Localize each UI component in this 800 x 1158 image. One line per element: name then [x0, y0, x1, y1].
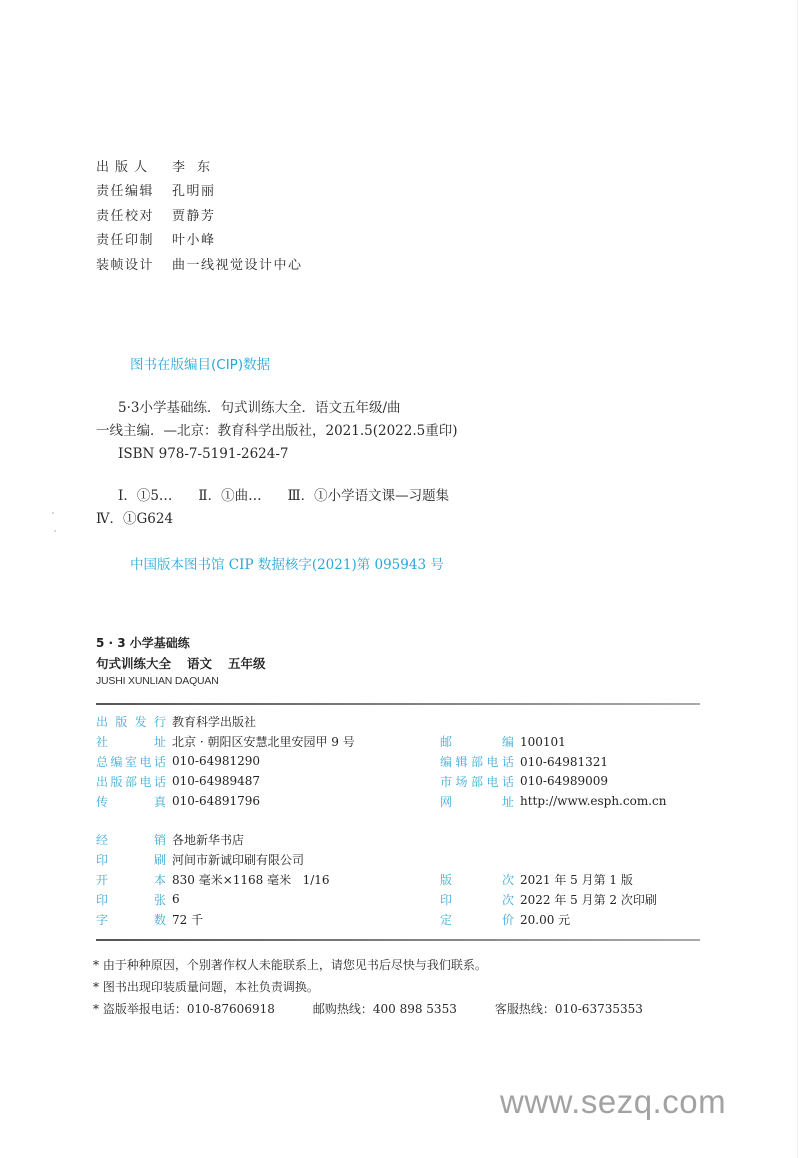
spec-value: 010-64989009 [520, 774, 608, 788]
note-row: * 由于种种原因，个别著作权人未能联系上，请您见书后尽快与我们联系。 [93, 953, 643, 975]
publisher-info-right: 邮编 100101 编辑部电话 010-64981321 市场部电话 010-6… [440, 732, 666, 811]
credit-value: 孔明丽 [172, 180, 216, 199]
spec-row: 总编室电话 010-64981290 [96, 752, 355, 772]
credit-label: 责任校对 [96, 205, 172, 224]
cip-title: 图书在版编目(CIP)数据 [130, 353, 270, 373]
spec-label: 出版部电话 [96, 773, 172, 790]
credit-value: 曲一线视觉设计中心 [172, 254, 303, 273]
spec-label: 市场部电话 [440, 773, 520, 790]
spec-row: 印刷 河间市新诚印刷有限公司 [96, 850, 330, 870]
spec-row: 印次 2022 年 5 月第 2 次印刷 [440, 890, 657, 910]
spec-label: 印刷 [96, 851, 172, 868]
spec-value: 2021 年 5 月第 1 版 [520, 871, 633, 888]
divider-top [96, 703, 700, 705]
credit-value: 贾静芳 [172, 205, 216, 224]
website-link[interactable]: http://www.esph.com.cn [520, 794, 666, 808]
cip-class-1: Ⅰ．①5… [96, 488, 172, 504]
credit-label: 责任印制 [96, 229, 172, 248]
credit-row-editor: 责任编辑 孔明丽 [96, 178, 303, 203]
spec-value: 830 毫米×1168 毫米 1/16 [172, 871, 330, 888]
spec-value: 6 [172, 892, 180, 906]
spec-value: 010-64891796 [172, 794, 260, 808]
book-title-main: 句式训练大全 [96, 656, 171, 671]
price-value: 20.00 元 [520, 911, 570, 928]
spec-row: 传真 010-64891796 [96, 791, 355, 811]
spec-row: 经销 各地新华书店 [96, 830, 330, 850]
spec-row: 印张 6 [96, 889, 330, 909]
spec-value: 教育科学出版社 [172, 713, 256, 730]
spec-value: 72 千 [172, 911, 203, 928]
print-info-right: 版次 2021 年 5 月第 1 版 印次 2022 年 5 月第 2 次印刷 … [440, 870, 657, 929]
cip-isbn: ISBN 978-7-5191-2624-7 [96, 443, 496, 466]
credit-value: 李东 [172, 156, 222, 175]
spec-row: 出版部电话 010-64989487 [96, 771, 355, 791]
print-info-left: 经销 各地新华书店 印刷 河间市新诚印刷有限公司 开本 830 毫米×1168 … [96, 830, 330, 929]
spec-row: 社址 北京 · 朝阳区安慧北里安园甲 9 号 [96, 732, 355, 752]
cip-classification: Ⅰ．①5…Ⅱ．①曲…Ⅲ．①小学语文课—习题集 Ⅳ．①G624 [96, 485, 449, 531]
spec-row: 开本 830 毫米×1168 毫米 1/16 [96, 870, 330, 890]
spec-row: 出版发行 教育科学出版社 [96, 712, 355, 732]
spec-row: 版次 2021 年 5 月第 1 版 [440, 870, 657, 890]
spec-label: 网址 [440, 793, 520, 810]
spec-value: 010-64981321 [520, 755, 608, 769]
publisher-info-left: 出版发行 教育科学出版社 社址 北京 · 朝阳区安慧北里安园甲 9 号 总编室电… [96, 712, 355, 811]
credit-label: 装帧设计 [96, 254, 172, 273]
spec-value: 2022 年 5 月第 2 次印刷 [520, 891, 657, 908]
spec-row: 定价 20.00 元 [440, 910, 657, 930]
book-title: 句式训练大全语文五年级 [96, 654, 266, 675]
credit-value: 叶小峰 [172, 229, 216, 248]
page-edge [797, 0, 798, 1158]
credit-row-publisher: 出版人 李东 [96, 153, 303, 178]
credit-row-printing: 责任印制 叶小峰 [96, 227, 303, 252]
note-row: * 图书出现印装质量问题，本社负责调换。 [93, 975, 643, 997]
spec-label: 经销 [96, 831, 172, 848]
watermark: www.sezq.com [500, 1083, 726, 1121]
cip-class-2: Ⅱ．①曲… [198, 488, 261, 504]
book-info: 5 · 3 小学基础练 句式训练大全语文五年级 JUSHI XUNLIAN DA… [96, 634, 266, 693]
note-row: * 盗版举报电话：010-87606918 邮购热线：400 898 5353 … [93, 997, 643, 1019]
note-quality: * 图书出现印装质量问题，本社负责调换。 [93, 978, 319, 995]
spec-row: 网址 http://www.esph.com.cn [440, 791, 666, 811]
spec-row: 市场部电话 010-64989009 [440, 772, 666, 792]
scan-speck [54, 530, 56, 532]
cip-record-number: 中国版本图书馆 CIP 数据核字(2021)第 095943 号 [130, 553, 444, 573]
cip-class-3: Ⅲ．①小学语文课—习题集 [288, 488, 450, 504]
spec-row: 字数 72 千 [96, 909, 330, 929]
spec-label: 邮编 [440, 733, 520, 750]
cip-class-4: Ⅳ．①G624 [96, 511, 173, 527]
spec-label: 版次 [440, 871, 520, 888]
spec-value: 100101 [520, 735, 566, 749]
footnotes: * 由于种种原因，个别著作权人未能联系上，请您见书后尽快与我们联系。 * 图书出… [93, 953, 643, 1019]
spec-label: 总编室电话 [96, 753, 172, 770]
spec-label: 编辑部电话 [440, 753, 520, 770]
spec-label: 印次 [440, 891, 520, 908]
spec-label: 定价 [440, 911, 520, 928]
spec-label: 开本 [96, 871, 172, 888]
cip-line: 5·3小学基础练．句式训练大全．语文五年级/曲 [96, 397, 496, 420]
divider-bottom [96, 939, 700, 941]
note-copyright: * 由于种种原因，个别著作权人未能联系上，请您见书后尽快与我们联系。 [93, 956, 487, 973]
spec-value: 北京 · 朝阳区安慧北里安园甲 9 号 [172, 733, 355, 750]
spec-label: 出版发行 [96, 713, 172, 730]
spec-value: 各地新华书店 [172, 831, 244, 848]
book-title-subject: 语文 [187, 656, 212, 671]
spec-row: 邮编 100101 [440, 732, 666, 752]
scan-speck [52, 512, 54, 514]
credit-label: 出版人 [96, 156, 172, 175]
note-mail-order-hotline: 邮购热线：400 898 5353 [313, 1000, 457, 1017]
credit-label: 责任编辑 [96, 180, 172, 199]
credits-block: 出版人 李东 责任编辑 孔明丽 责任校对 贾静芳 责任印制 叶小峰 装帧设计 曲… [96, 153, 303, 276]
book-series: 5 · 3 小学基础练 [96, 634, 266, 654]
spec-label: 印张 [96, 891, 172, 908]
spec-value: 010-64981290 [172, 754, 260, 768]
spec-value: 010-64989487 [172, 774, 260, 788]
spec-label: 传真 [96, 793, 172, 810]
spec-row: 编辑部电话 010-64981321 [440, 752, 666, 772]
credit-row-proofreader: 责任校对 贾静芳 [96, 202, 303, 227]
book-pinyin: JUSHI XUNLIAN DAQUAN [96, 675, 266, 693]
note-service-hotline: 客服热线：010-63735353 [495, 1000, 643, 1017]
book-title-grade: 五年级 [228, 656, 266, 671]
spec-label: 社址 [96, 733, 172, 750]
credit-row-design: 装帧设计 曲一线视觉设计中心 [96, 251, 303, 276]
spec-value: 河间市新诚印刷有限公司 [172, 851, 304, 868]
spec-label: 字数 [96, 911, 172, 928]
cip-line: 一线主编．—北京：教育科学出版社，2021.5(2022.5重印) [96, 420, 496, 443]
cip-body: 5·3小学基础练．句式训练大全．语文五年级/曲 一线主编．—北京：教育科学出版社… [96, 397, 496, 466]
note-piracy-hotline: * 盗版举报电话：010-87606918 [93, 1000, 275, 1017]
